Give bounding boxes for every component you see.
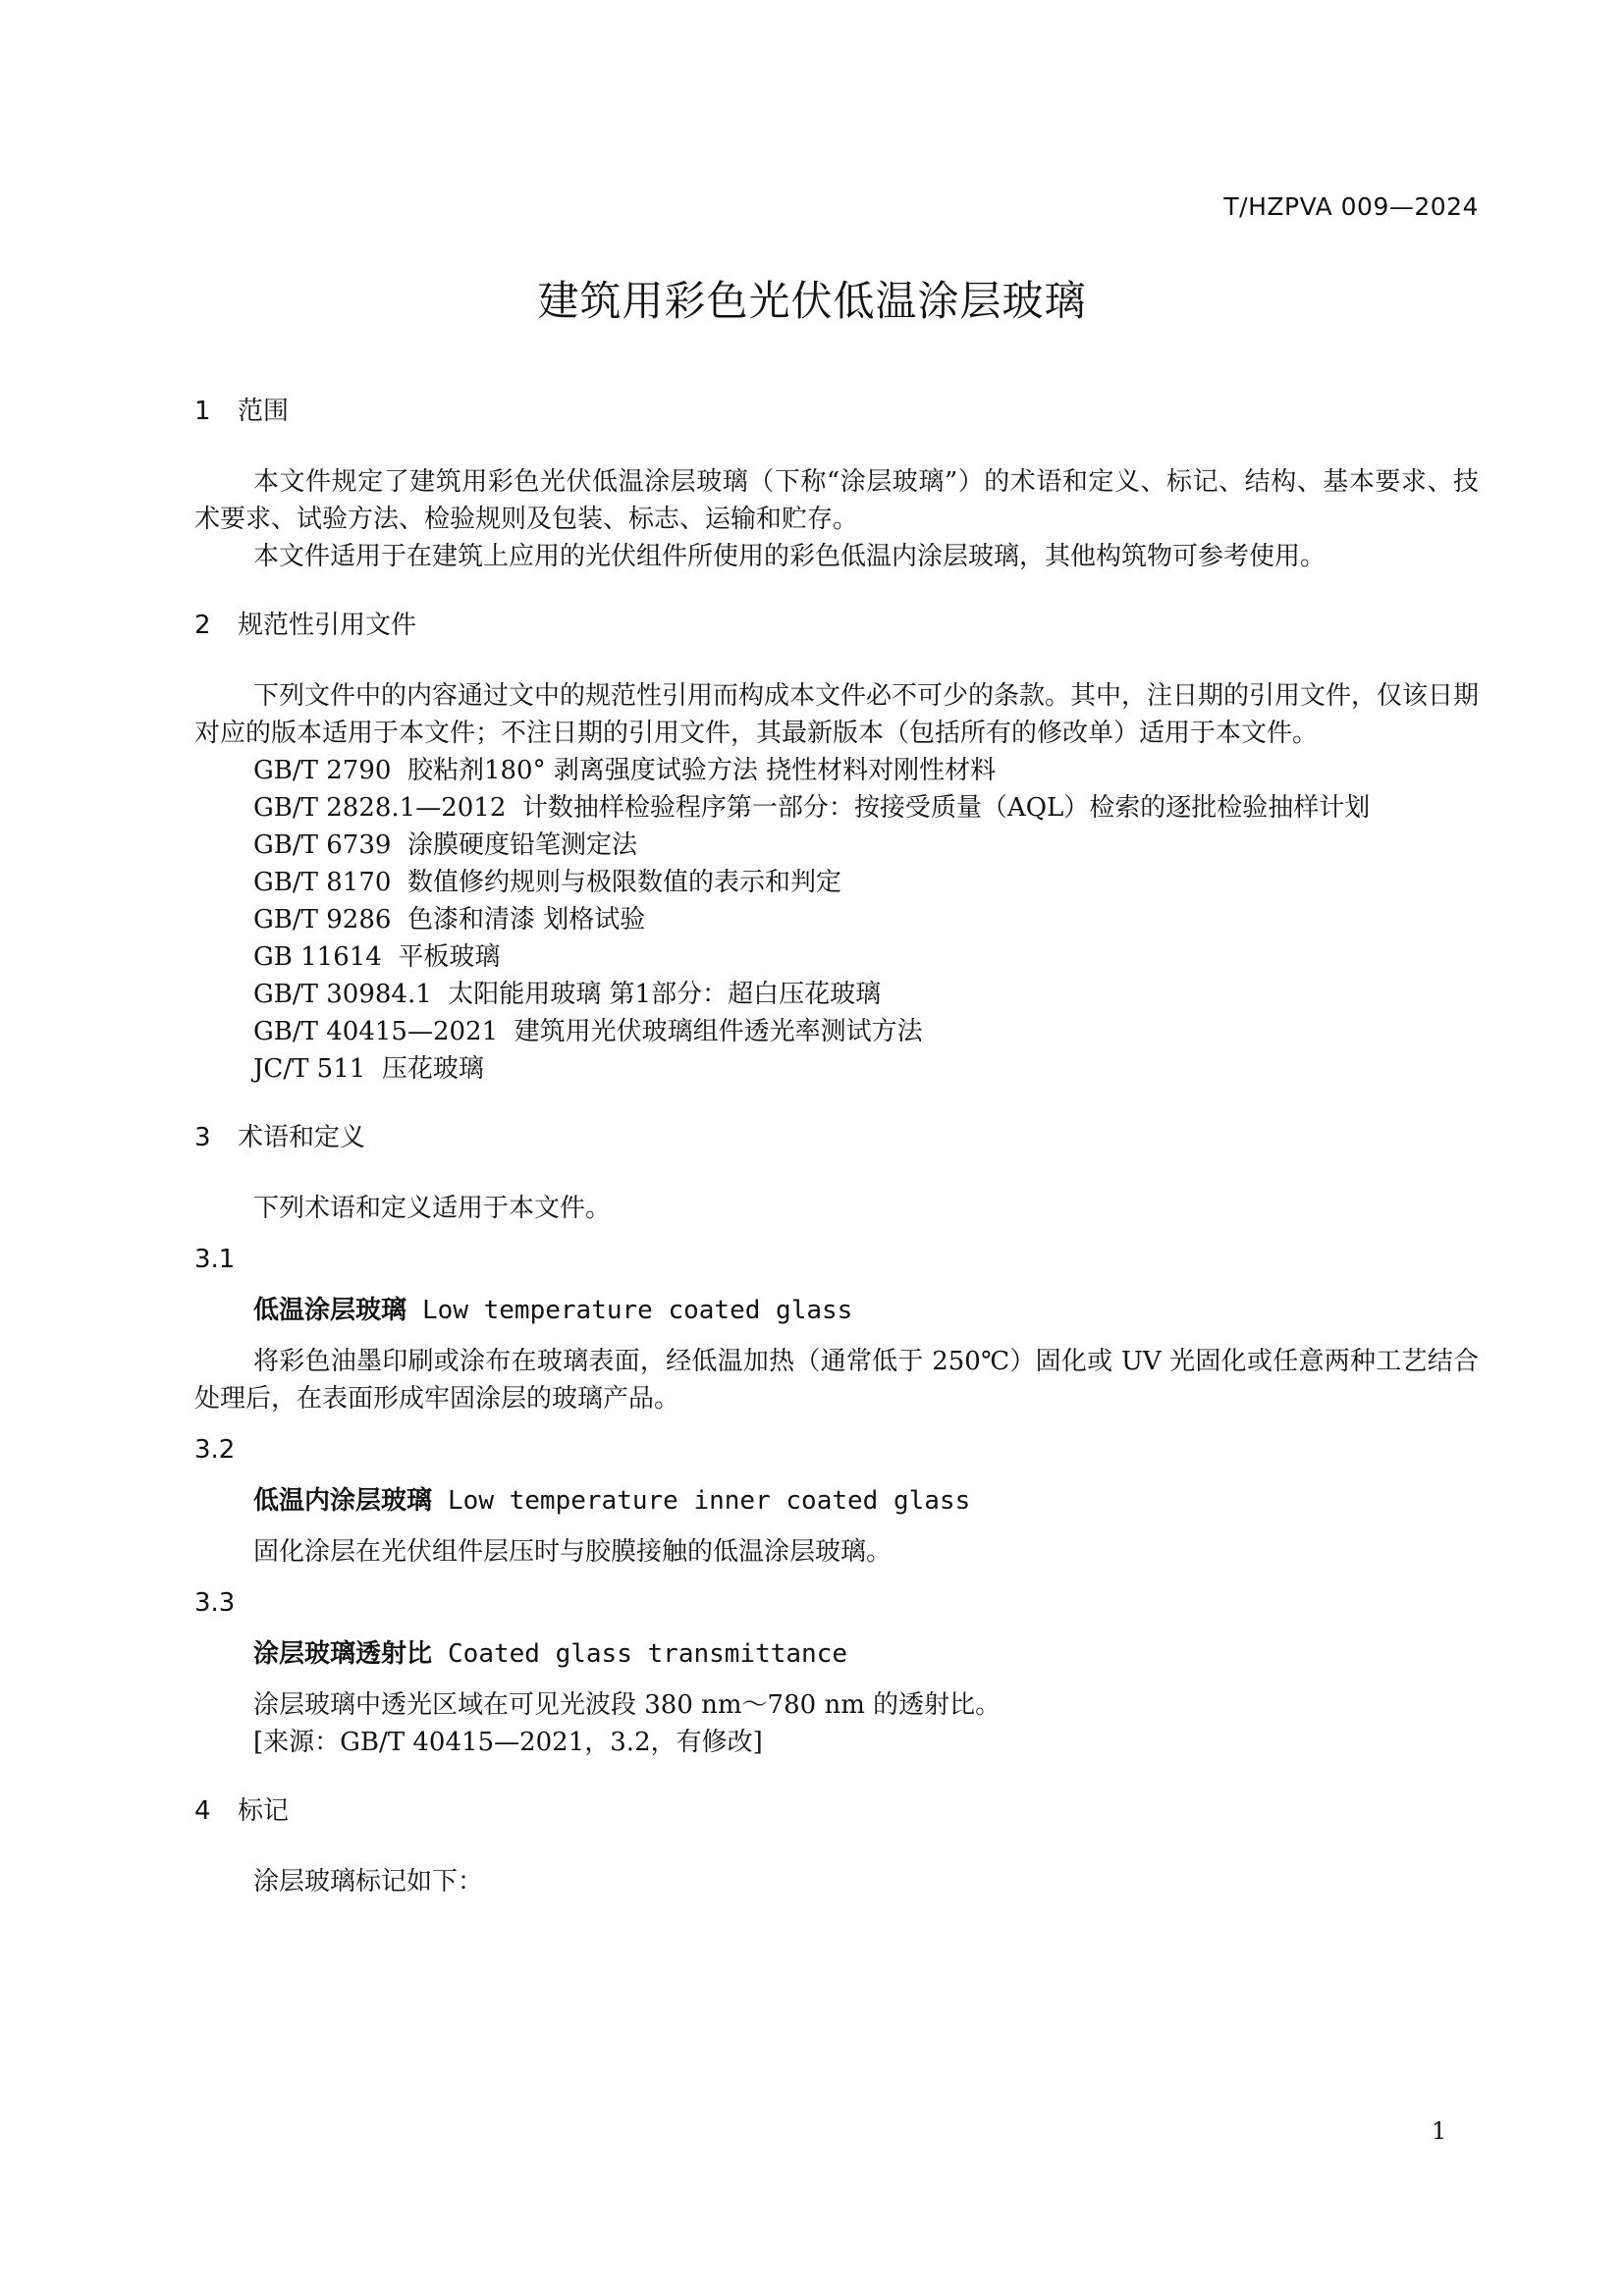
reference-title: 计数抽样检验程序第一部分：按接受质量（AQL）检索的逐批检验抽样计划: [522, 793, 1370, 823]
paragraph: 下列术语和定义适用于本文件。: [194, 1190, 1479, 1227]
term-heading: 涂层玻璃透射比Coated glass transmittance: [194, 1635, 1479, 1673]
term-heading: 低温内涂层玻璃Low temperature inner coated glas…: [194, 1482, 1479, 1520]
reference-title: 建筑用光伏玻璃组件透光率测试方法: [514, 1017, 923, 1046]
paragraph: 本文件适用于在建筑上应用的光伏组件所使用的彩色低温内涂层玻璃，其他构筑物可参考使…: [194, 538, 1479, 575]
term-en: Low temperature coated glass: [422, 1296, 852, 1325]
reference-title: 胶粘剂180° 剥离强度试验方法 挠性材料对刚性材料: [407, 756, 996, 785]
reference-code: GB 11614: [253, 942, 382, 972]
section-number: 2: [194, 607, 238, 644]
reference-item: GB/T 6739 涂膜硬度铅笔测定法: [194, 827, 1479, 864]
reference-item: GB/T 2828.1—2012 计数抽样检验程序第一部分：按接受质量（AQL）…: [194, 789, 1479, 827]
reference-code: GB/T 30984.1: [253, 980, 432, 1009]
reference-item: JC/T 511 压花玻璃: [194, 1050, 1479, 1088]
reference-code: GB/T 8170: [253, 868, 391, 897]
reference-title: 压花玻璃: [382, 1054, 484, 1084]
term-definition: 涂层玻璃中透光区域在可见光波段 380 nm～780 nm 的透射比。: [194, 1686, 1479, 1724]
section-heading-scope: 1 范围: [194, 393, 1479, 430]
reference-title: 涂膜硬度铅笔测定法: [407, 830, 637, 860]
section-heading-normative-references: 2 规范性引用文件: [194, 607, 1479, 644]
section-number: 3: [194, 1119, 238, 1156]
reference-list: GB/T 2790 胶粘剂180° 剥离强度试验方法 挠性材料对刚性材料 GB/…: [194, 752, 1479, 1088]
paragraph: 涂层玻璃标记如下：: [194, 1863, 1479, 1900]
reference-item: GB/T 8170 数值修约规则与极限数值的表示和判定: [194, 864, 1479, 901]
term-source: [来源：GB/T 40415—2021，3.2，有修改]: [194, 1724, 1479, 1761]
term-definition: 将彩色油墨印刷或涂布在玻璃表面，经低温加热（通常低于 250℃）固化或 UV 光…: [194, 1343, 1479, 1417]
paragraph: 本文件规定了建筑用彩色光伏低温涂层玻璃（下称“涂层玻璃”）的术语和定义、标记、结…: [194, 463, 1479, 538]
term-number: 3.1: [194, 1241, 1479, 1278]
section-heading-terms-definitions: 3 术语和定义: [194, 1119, 1479, 1156]
term-zh: 低温涂层玻璃: [253, 1296, 406, 1325]
term-zh: 涂层玻璃透射比: [253, 1639, 432, 1669]
term-number: 3.2: [194, 1431, 1479, 1468]
reference-item: GB 11614 平板玻璃: [194, 938, 1479, 976]
section-number: 4: [194, 1792, 238, 1830]
term-number: 3.3: [194, 1584, 1479, 1622]
section-title: 规范性引用文件: [238, 607, 416, 644]
reference-item: GB/T 9286 色漆和清漆 划格试验: [194, 901, 1479, 938]
reference-code: GB/T 2790: [253, 756, 391, 785]
reference-code: GB/T 6739: [253, 830, 391, 860]
term-zh: 低温内涂层玻璃: [253, 1486, 432, 1516]
reference-code: JC/T 511: [253, 1054, 365, 1084]
reference-item: GB/T 2790 胶粘剂180° 剥离强度试验方法 挠性材料对刚性材料: [194, 752, 1479, 789]
reference-title: 太阳能用玻璃 第1部分：超白压花玻璃: [448, 980, 881, 1009]
section-heading-marking: 4 标记: [194, 1792, 1479, 1830]
section-title: 术语和定义: [238, 1119, 365, 1156]
reference-title: 数值修约规则与极限数值的表示和判定: [407, 868, 841, 897]
reference-code: GB/T 9286: [253, 905, 391, 934]
reference-code: GB/T 2828.1—2012: [253, 793, 506, 823]
document-title: 建筑用彩色光伏低温涂层玻璃: [0, 269, 1624, 328]
section-title: 范围: [238, 393, 289, 430]
document-code: T/HZPVA 009—2024: [1223, 192, 1479, 221]
document-page: T/HZPVA 009—2024 建筑用彩色光伏低温涂层玻璃 1 范围 本文件规…: [0, 0, 1624, 2296]
page-number: 1: [1432, 2117, 1446, 2145]
reference-code: GB/T 40415—2021: [253, 1017, 498, 1046]
term-definition: 固化涂层在光伏组件层压时与胶膜接触的低温涂层玻璃。: [194, 1533, 1479, 1571]
paragraph: 下列文件中的内容通过文中的规范性引用而构成本文件必不可少的条款。其中，注日期的引…: [194, 677, 1479, 752]
term-en: Coated glass transmittance: [448, 1639, 847, 1669]
term-en: Low temperature inner coated glass: [448, 1486, 970, 1516]
reference-title: 色漆和清漆 划格试验: [407, 905, 645, 934]
section-title: 标记: [238, 1792, 289, 1830]
reference-item: GB/T 30984.1 太阳能用玻璃 第1部分：超白压花玻璃: [194, 976, 1479, 1013]
document-body: 1 范围 本文件规定了建筑用彩色光伏低温涂层玻璃（下称“涂层玻璃”）的术语和定义…: [194, 393, 1479, 1900]
term-heading: 低温涂层玻璃Low temperature coated glass: [194, 1292, 1479, 1329]
section-number: 1: [194, 393, 238, 430]
reference-item: GB/T 40415—2021 建筑用光伏玻璃组件透光率测试方法: [194, 1013, 1479, 1050]
reference-title: 平板玻璃: [398, 942, 500, 972]
